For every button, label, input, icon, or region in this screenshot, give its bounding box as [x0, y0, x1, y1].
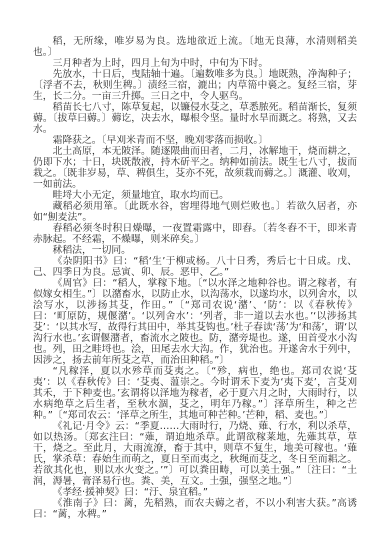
paragraph: 霜降获之。〔早刈米青而不坚，晚刈零落而损收。〕	[33, 135, 357, 146]
paragraph: 稻苗长七八寸，陈草复起，以镰侵水芟之，草悉脓死。稻苗渐长，复须薅。〔拔草曰薅。〕…	[33, 102, 357, 135]
paragraph: 藏稻必须用箪。〔此既水谷，窖埋得地气则烂败也。〕若欲久居者，亦如“劁麦法”。	[33, 201, 357, 223]
paragraph: 北土高原，本无陂泽。随逐隈曲而田者，二月，冰解地干，烧而耕之，仍即下水；十日，块…	[33, 146, 357, 190]
paragraph: 畦埒大小无定，须量地宜，取水均而已。	[33, 190, 357, 201]
paragraph: “凡稼泽，夏以水殄草而芟夷之。〔“殄，病也，绝也。郑司农说‘芟夷’：以《春秋传》…	[33, 366, 357, 421]
paragraph: 《礼记·月令》云：“季夏……大雨时行，乃烧、薙、行水，利以杀草，如以热汤。〔郑玄…	[33, 421, 357, 487]
paragraph: 三月种者为上时，四月上旬为中时，中旬为下时。	[33, 58, 357, 69]
page-text: 稻，无所缘，唯岁易为良。选地欲近上流。〔地无良薄，水清则稻美也。〕三月种者为上时…	[33, 36, 357, 520]
paragraph: 稻，无所缘，唯岁易为良。选地欲近上流。〔地无良薄，水清则稻美也。〕	[33, 36, 357, 58]
paragraph: 《杂阴阳书》曰：“稻‘生’于柳或杨。八十日秀，秀后七十日成。戊、己、四季日为良。…	[33, 256, 357, 278]
paragraph: 舂稻必须冬时积日燥曝，一夜置霜露中，即舂。〔若冬舂不干，即米青赤脉起。不经霜，不…	[33, 223, 357, 245]
paragraph: 秫稻法，一切同。	[33, 245, 357, 256]
paragraph: 《周官》曰：“稻人，掌稼下地。〔“以水泽之地种谷也。谓之稼者，有似嫁女相生。”〕…	[33, 278, 357, 366]
document-page: 稻，无所缘，唯岁易为良。选地欲近上流。〔地无良薄，水清则稻美也。〕三月种者为上时…	[0, 0, 390, 546]
paragraph: 《淮南子》曰：蓠，先稻熟，而农夫薅之者，不以小利害大获。”高诱曰：“蓠，水稗。”	[33, 498, 357, 520]
paragraph: 先放水，十日后，曳陆轴十遍。〔遍数唯多为良。〕地既熟，净淘种子；〔浮者不去，秋则…	[33, 69, 357, 102]
paragraph: 《孝经·援神契》曰：“汙、泉宜稻。”	[33, 487, 357, 498]
